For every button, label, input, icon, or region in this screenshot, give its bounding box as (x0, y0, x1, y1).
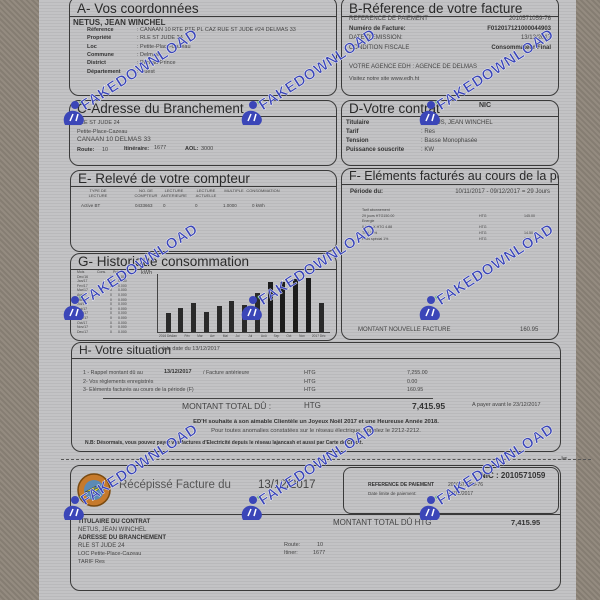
route-value: 10 (102, 147, 108, 153)
receipt-payment-box: NIC : 2010571059 REFERENCE DE PAIEMENT 2… (343, 467, 559, 514)
ref-value: F012017121000044903 (487, 26, 551, 32)
history-cell: 0 (110, 293, 112, 297)
meter-header: CONSOMMATION (246, 188, 280, 193)
section-g-title: G- Historique consommation (71, 254, 336, 270)
history-cell: 0.000 (118, 284, 127, 288)
receipt-adresse: RLE ST JUDE 24 (78, 543, 125, 549)
consumption-bar (229, 301, 234, 332)
section-b-title: B-Réference de votre facture (342, 1, 558, 17)
coord-value: : Petite-Place-Cazeau (137, 44, 191, 50)
total-due-label: MONTANT TOTAL DÛ : (182, 401, 271, 411)
history-cell: Oct/17 (77, 321, 87, 325)
consumption-bar (166, 313, 171, 332)
history-cell: 0 (110, 288, 112, 292)
chart-x-label: Avr (210, 334, 215, 338)
receipt-date: 13/12/2017 (258, 479, 316, 491)
payment-note: N.B: Désormais, vous pouvez payer vos fa… (85, 440, 363, 446)
receipt-header: Récépissé Facture du 13/12/2017 NIC : 20… (71, 466, 560, 515)
coord-label: Réference (87, 27, 114, 33)
history-cell: 0.000 (118, 275, 127, 279)
billed-line-amount: 1.45 (524, 237, 531, 241)
section-reference-facture: B-Réference de votre facture VOTRE AGENC… (341, 0, 559, 96)
billed-line-amount: 14.50 (524, 231, 533, 235)
ref-value: 2010571059-76 (509, 16, 551, 22)
history-cell: 0 (110, 311, 112, 315)
address-line-3: CANAAN 10 DELMAS 33 (77, 136, 151, 143)
receipt-titulaire: NETUS, JEAN WINCHEL (78, 527, 146, 533)
situation-amount: 0.00 (407, 379, 417, 385)
situation-label: 2- Vos règlements enregistrés (83, 379, 153, 385)
receipt-title: Récépissé Facture du (119, 479, 231, 491)
contract-value: : NETUS, JEAN WINCHEL (421, 120, 493, 126)
history-cell: 0 (110, 284, 112, 288)
chart-x-label: Fév (184, 334, 189, 338)
consumption-bar (204, 312, 209, 332)
situation-amount: 160.95 (407, 387, 423, 393)
history-cell: 0 (110, 330, 112, 334)
history-header: Puis. (113, 270, 121, 274)
consumption-bar (255, 293, 260, 332)
chart-x-label: Sep (274, 334, 280, 338)
section-c-title: C-Adresse du Branchement (70, 101, 336, 117)
billed-line-label: Tarif abonnement (362, 208, 390, 212)
receipt-titulaire-label: TITULAIRE DU CONTRAT (78, 519, 150, 525)
receipt-loc: LOC Petite-Place-Cazeau (78, 551, 141, 557)
history-cell: Avr/17 (77, 293, 87, 297)
history-cell: 0.000 (118, 302, 127, 306)
meter-header: TYPE DE LECTURE (81, 188, 115, 198)
consumption-bar (293, 279, 298, 332)
chart-x-label: Jan (172, 334, 177, 338)
history-cell: 0 (110, 298, 112, 302)
anomaly-notice: Pour toutes anomalies constatées sur le … (211, 428, 421, 434)
history-cell: 0.000 (118, 307, 127, 311)
contract-label: Tension (346, 138, 369, 144)
section-elements-factures: F- Eléments facturés au cours de la péri… (341, 168, 559, 340)
ref-value: Consommateur Final (491, 45, 551, 51)
receipt-limit-label: Date limite de paiement: (368, 491, 417, 496)
history-cell: 0.000 (118, 330, 127, 334)
receipt-itiner-label: Itiner: (284, 550, 298, 556)
section-d-title: D-Votre contrat (342, 101, 558, 117)
consumption-bar (268, 282, 273, 332)
history-cell: Dec/17 (77, 330, 88, 334)
meter-cell: 0 (163, 203, 166, 208)
cut-line (61, 459, 591, 460)
chart-x-label: 2016 Déc (159, 334, 173, 338)
history-cell: Dec/16 (77, 275, 88, 279)
agency-line: VOTRE AGENCE EDH : AGENCE DE DELMAS (349, 64, 477, 70)
period-label: Période du: (350, 189, 383, 195)
history-cell: 0 (110, 275, 112, 279)
history-cell: 0.000 (118, 288, 127, 292)
chart-x-label: Mar (197, 334, 203, 338)
chart-x-label: Aoû (261, 334, 267, 338)
history-cell: Jui/17 (77, 302, 86, 306)
chart-x-label: Mai (223, 334, 228, 338)
coord-value: : Port-au-Prince (137, 60, 176, 66)
chart-unit-label: kWh (141, 270, 152, 276)
history-cell: 0.000 (118, 321, 127, 325)
new-invoice-total-label: MONTANT NOUVELLE FACTURE (358, 327, 450, 333)
meter-cell: 1.0000 (223, 203, 237, 208)
history-cell: Fev/17 (77, 284, 88, 288)
situation-amount: 7,255.00 (407, 370, 428, 376)
history-cell: 0.000 (118, 293, 127, 297)
history-cell: 0 (110, 307, 112, 311)
billed-line-label: 0 kWh X HTG 4.88 (362, 225, 392, 229)
section-a-title: A- Vos coordonnées (70, 1, 336, 17)
history-cell: 0.000 (118, 279, 127, 283)
chart-x-label: Oct (286, 334, 291, 338)
ref-label: Numéro de Facture: (349, 26, 406, 32)
route-label: Route: (77, 147, 94, 153)
scissors-icon: ✂ (561, 454, 568, 463)
section-h-title: H- Votre situation (72, 343, 560, 359)
due-date-note: A payer avant le 23/12/2017 (472, 402, 541, 408)
coord-value: : Delmas (137, 52, 159, 58)
history-cell: Sep/17 (77, 316, 88, 320)
coord-label: District (87, 60, 106, 66)
aol-label: AOL: (185, 146, 198, 152)
coord-value: : CANAAN 10 RTE PTE PL CAZ RUE ST JUDE #… (137, 27, 296, 33)
consumption-bar (280, 282, 285, 332)
receipt-total-value: 7,415.95 (511, 518, 540, 527)
billed-line-label: 29 jours HTG150.00 (362, 214, 394, 218)
history-cell: 0.000 (118, 311, 127, 315)
section-historique-consommation: G- Historique consommation kWh 2016 DécJ… (70, 253, 337, 341)
consumption-chart (157, 274, 330, 333)
receipt-nic: NIC : 2010571059 (480, 471, 545, 480)
history-header: Mois (77, 270, 84, 274)
billed-line-currency: HTG (479, 225, 487, 229)
address-line-1: RLE ST JUDE 24 (77, 120, 120, 126)
itineraire-value: 1677 (154, 145, 166, 151)
holiday-greeting: ED'H souhaite à son aimable Clientèle un… (193, 419, 439, 425)
website-link[interactable]: Visitez notre site www.edh.ht (349, 76, 419, 82)
consumption-bar (242, 305, 247, 332)
consumption-bar (191, 303, 196, 332)
total-due-currency: HTG (304, 401, 321, 410)
receipt-ref-value: 2010571059-76 (448, 482, 483, 488)
receipt-route-label: Route: (284, 542, 300, 548)
chart-x-label: Jui (235, 334, 239, 338)
chart-x-label: Jul (248, 334, 252, 338)
receipt-tarif: TARIF Res (78, 559, 105, 565)
history-cell: 0 (110, 321, 112, 325)
contract-label: Titulaire (346, 120, 369, 126)
consumption-bar (178, 308, 183, 332)
billed-line-currency: HTG (479, 237, 487, 241)
contract-value: : KW (421, 147, 434, 153)
situation-currency: HTG (304, 387, 316, 393)
situation-date-value: 13/12/2017 (164, 369, 192, 375)
history-cell: Jan/17 (77, 279, 88, 283)
history-header: Cons. (97, 270, 106, 274)
coord-label: Département (87, 69, 121, 75)
history-cell: 0 (110, 279, 112, 283)
address-line-2: Petite-Place-Cazeau (77, 129, 127, 135)
history-cell: Aut/17 (77, 307, 87, 311)
receipt-limit-value: 23/12/2017 (448, 491, 473, 497)
receipt-total-label: MONTANT TOTAL DÛ HTG (333, 518, 432, 527)
chart-x-label: Nov (299, 334, 305, 338)
history-cell: 0 (110, 325, 112, 329)
ref-label: DATE D'EMISSION: (349, 35, 403, 41)
billed-line-label: TCA 10% (362, 231, 377, 235)
coord-value: : RLE ST JUDE 24 (137, 35, 183, 41)
history-cell: Mai/17 (77, 298, 88, 302)
ref-value: 13/12/2017 (521, 35, 551, 41)
meter-cell: 0 (195, 203, 198, 208)
receipt-stub: Récépissé Facture du 13/12/2017 NIC : 20… (70, 465, 561, 591)
contract-label: Tarif (346, 129, 359, 135)
section-adresse-branchement: C-Adresse du Branchement RLE ST JUDE 24 … (69, 100, 337, 166)
section-f-title: F- Eléments facturés au cours de la péri… (342, 169, 558, 185)
section-coordonnees: A- Vos coordonnées NETUS, JEAN WINCHEL R… (69, 0, 337, 96)
itineraire-label: Itinéraire: (124, 146, 149, 152)
history-cell: 0 (110, 316, 112, 320)
situation-note: / Facture antérieure (203, 370, 249, 376)
billed-line-amount: 145.00 (524, 214, 535, 218)
meter-header: LECTURE ANTERIEURE (157, 188, 191, 198)
invoice-page: A- Vos coordonnées NETUS, JEAN WINCHEL R… (39, 0, 576, 600)
aol-value: 3000 (201, 146, 213, 152)
total-due-value: 7,415.95 (412, 401, 445, 411)
coord-label: Propriété (87, 35, 111, 41)
section-releve-compteur: E- Relevé de votre compteur TYPE DE LECT… (70, 170, 337, 252)
consumption-bar (319, 303, 324, 332)
nic-label: NIC (479, 102, 491, 109)
consumption-bar (306, 278, 311, 332)
meter-cell: 0 kWh (252, 203, 265, 208)
section-votre-situation: H- Votre situation à la date du 13/12/20… (71, 342, 561, 452)
receipt-ref-label: REFERENCE DE PAIEMENT (368, 482, 434, 488)
billed-line-currency: HTG (479, 231, 487, 235)
ref-label: REFERENCE DE PAIEMENT (349, 16, 428, 22)
billed-line-label: Frais spécial 1% (362, 237, 388, 241)
receipt-route: 10 (317, 542, 323, 548)
receipt-adresse-label: ADRESSE DU BRANCHEMENT (78, 535, 166, 541)
meter-cell: 0433663 (135, 203, 153, 208)
section-e-title: E- Relevé de votre compteur (71, 171, 336, 187)
section-votre-contrat: D-Votre contrat NIC Titulaire: NETUS, JE… (341, 100, 559, 166)
customer-name: NETUS, JEAN WINCHEL (73, 18, 165, 27)
history-cell: 0.000 (118, 298, 127, 302)
situation-label: 1 - Rappel montant dû au (83, 370, 143, 376)
situation-label: 3- Eléments facturés au cours de la péri… (83, 387, 194, 393)
situation-currency: HTG (304, 379, 316, 385)
new-invoice-total-value: 160.95 (520, 327, 538, 333)
receipt-itiner: 1677 (313, 550, 325, 556)
chart-x-label: 2017 Déc (312, 334, 326, 338)
contract-value: : Res (421, 129, 435, 135)
billed-line-label: Energie (362, 219, 374, 223)
billed-line-currency: HTG (479, 214, 487, 218)
contract-value: : Basse Monophasée (421, 138, 477, 144)
period-value: 10/11/2017 - 09/12/2017 = 29 Jours (455, 189, 550, 195)
history-cell: 0.000 (118, 316, 127, 320)
coord-label: Loc (87, 44, 97, 50)
history-cell: 0 (110, 302, 112, 306)
situation-currency: HTG (304, 370, 316, 376)
history-cell: Nov/17 (77, 325, 88, 329)
situation-date: à la date du 13/12/2017 (162, 346, 220, 352)
meter-cell: Active BT (81, 203, 100, 208)
history-cell: Mar/17 (77, 288, 88, 292)
history-cell: 0.000 (118, 325, 127, 329)
subtotal-line (103, 398, 433, 399)
coord-label: Commune (87, 52, 114, 58)
contract-label: Puissance souscrite (346, 147, 404, 153)
history-cell: Aoû/17 (77, 311, 88, 315)
coord-value: : Ouest (137, 69, 155, 75)
consumption-bar (217, 306, 222, 332)
edh-logo-icon (76, 472, 112, 508)
ref-label: CONDITION FISCALE (349, 45, 409, 51)
